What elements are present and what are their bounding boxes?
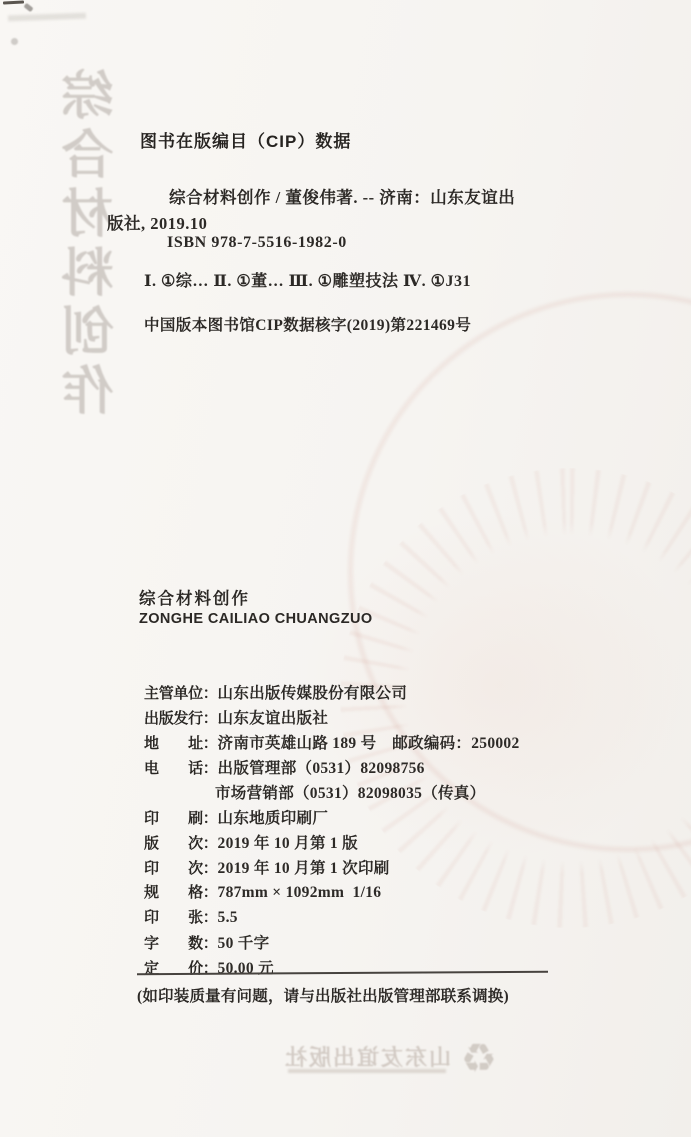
colophon-value: 出版管理部（0531）82098756 (218, 756, 614, 778)
colophon-value: 50 千字 (218, 931, 614, 953)
publisher-logo-icon: ♻ (461, 1039, 497, 1079)
colophon-label: 字 数： (144, 932, 218, 953)
colophon-value: 5.5 (218, 909, 614, 927)
scan-artifact-dash (3, 0, 24, 4)
colophon-value: 山东友谊出版社 (218, 706, 614, 728)
colophon-row-supervisor: 主管单位： 山东出版传媒股份有限公司 (144, 681, 614, 706)
colophon-label: 出版发行： (144, 707, 218, 728)
scan-artifact-speck (23, 3, 33, 12)
colophon-label: 规 格： (144, 881, 218, 902)
colophon-label: 印 次： (144, 857, 218, 878)
scanned-copyright-page: 综合材料创作 图书在版编目（CIP）数据 综合材料创作 / 董俊伟著. -- 济… (0, 0, 691, 1137)
colophon-label: 版 次： (144, 832, 218, 853)
isbn-number: ISBN 978-7-5516-1982-0 (167, 234, 347, 252)
publisher-subtext-blur (288, 1069, 446, 1073)
colophon-label: 电 话： (144, 757, 218, 778)
colophon-row-phone2: 市场营销部（0531）82098035（传真） (144, 781, 614, 806)
colophon-value: 787mm × 1092mm 1/16 (218, 884, 614, 902)
cip-entry-line2: 版社, 2019.10 (107, 210, 207, 234)
colophon-row-edition: 版 次： 2019 年 10 月第 1 版 (144, 831, 614, 856)
colophon-row-phone: 电 话： 出版管理部（0531）82098756 (144, 756, 614, 781)
left-vertical-title-watermark: 综合材料创作 (56, 68, 131, 448)
colophon-row-impression: 印 次： 2019 年 10 月第 1 次印刷 (144, 856, 614, 881)
book-title-pinyin: ZONGHE CAILIAO CHUANGZUO (139, 611, 373, 627)
colophon-value: 2019 年 10 月第 1 次印刷 (218, 856, 614, 878)
colophon-value: 山东地质印刷厂 (218, 806, 614, 828)
colophon-value: 2019 年 10 月第 1 版 (218, 831, 614, 853)
cip-record-number: 中国版本图书馆CIP数据核字(2019)第221469号 (144, 313, 471, 335)
colophon-row-publisher: 出版发行： 山东友谊出版社 (144, 706, 614, 731)
colophon-value: 50.00 元 (218, 956, 614, 978)
colophon-label: 印 张： (144, 906, 218, 927)
colophon-row-printer: 印 刷： 山东地质印刷厂 (144, 806, 614, 831)
bottom-publisher-watermark: 山东友谊出版社 ♻ (283, 1041, 533, 1101)
quality-exchange-note: (如印装质量有问题，请与出版社出版管理部联系调换) (137, 984, 509, 1006)
colophon-row-price: 定 价： 50.00 元 (144, 956, 614, 981)
colophon-row-sheets: 印 张： 5.5 (144, 906, 614, 931)
colophon-label: 印 刷： (144, 807, 218, 828)
colophon-row-format: 规 格： 787mm × 1092mm 1/16 (144, 881, 614, 906)
colophon-label: 主管单位： (144, 682, 218, 703)
scan-artifact-smudge (8, 13, 86, 22)
scan-artifact-speck (11, 38, 18, 45)
colophon-label: 地 址： (144, 732, 218, 753)
cip-entry-line1: 综合材料创作 / 董俊伟著. -- 济南：山东友谊出 (169, 184, 515, 208)
colophon-row-address: 地 址： 济南市英雄山路 189 号 邮政编码：250002 (144, 731, 614, 756)
colophon-value: 市场营销部（0531）82098035（传真） (215, 781, 614, 803)
cip-classification: Ⅰ. ①综… Ⅱ. ①董… Ⅲ. ①雕塑技法 Ⅳ. ①J31 (144, 268, 471, 291)
colophon-value: 山东出版传媒股份有限公司 (218, 681, 614, 703)
cip-heading: 图书在版编目（CIP）数据 (140, 127, 351, 152)
colophon-block: 主管单位： 山东出版传媒股份有限公司 出版发行： 山东友谊出版社 地 址： 济南… (144, 681, 614, 981)
book-title: 综合材料创作 (139, 585, 250, 609)
publisher-name-mirrored: 山东友谊出版社 (283, 1041, 451, 1072)
colophon-value: 济南市英雄山路 189 号 邮政编码：250002 (218, 731, 614, 753)
colophon-row-wordcount: 字 数： 50 千字 (144, 931, 614, 956)
